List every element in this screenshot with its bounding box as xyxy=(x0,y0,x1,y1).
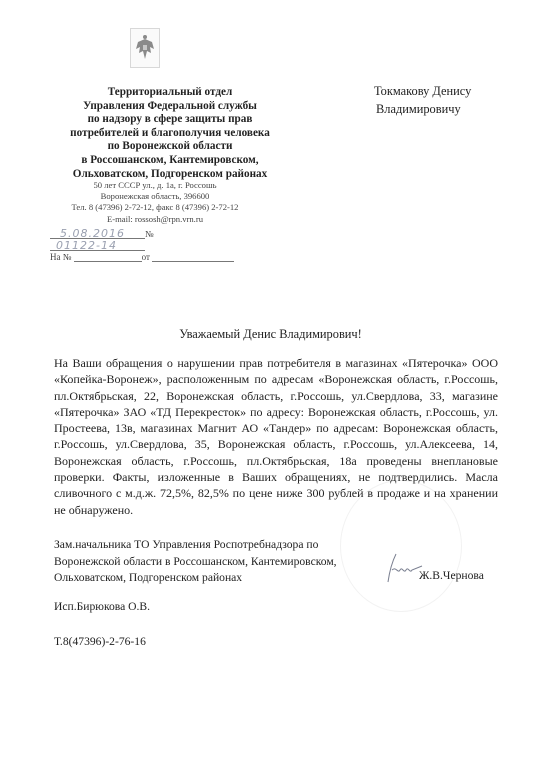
recipient-line: Токмакову Денису xyxy=(374,82,534,100)
position-line: Воронежской области в Россошанском, Кант… xyxy=(54,554,374,571)
address-line: E-mail: rossosh@rpn.vrn.ru xyxy=(30,214,280,225)
address-line: Воронежская область, 396600 xyxy=(30,191,280,202)
recipient: Токмакову Денису Владимировичу xyxy=(374,82,534,118)
org-line: по надзору в сфере защиты прав xyxy=(60,113,280,127)
org-line: Управления Федеральной службы xyxy=(60,100,280,114)
letter-body: На Ваши обращения о нарушении прав потре… xyxy=(54,355,498,518)
position-line: Ольховатском, Подгоренском районах xyxy=(54,570,374,587)
org-line: в Россошанском, Кантемировском, xyxy=(60,154,280,168)
ref-number-field xyxy=(74,250,142,262)
ref-date-field xyxy=(152,250,234,262)
handwritten-signature-icon xyxy=(380,548,430,588)
signatory-name: Ж.В.Чернова xyxy=(419,569,484,582)
signatory-position: Зам.начальника ТО Управления Роспотребна… xyxy=(54,537,374,587)
org-line: по Воронежской области xyxy=(60,140,280,154)
organization-address: 50 лет СССР ул., д. 1а, г. Россошь Ворон… xyxy=(30,180,280,225)
position-line: Зам.начальника ТО Управления Роспотребна… xyxy=(54,537,374,554)
date-field: 5.08.2016 xyxy=(50,227,145,239)
org-line: Территориальный отдел xyxy=(60,86,280,100)
from-label: от xyxy=(142,252,150,262)
greeting: Уважаемый Денис Владимирович! xyxy=(0,327,541,342)
address-line: Тел. 8 (47396) 2-72-12, факс 8 (47396) 2… xyxy=(30,202,280,213)
executor: Исп.Бирюкова О.В. xyxy=(54,600,150,613)
outgoing-registration-line: 5.08.2016 № 01122-14 xyxy=(50,227,250,241)
address-line: 50 лет СССР ул., д. 1а, г. Россошь xyxy=(30,180,280,191)
executor-phone: Т.8(47396)-2-76-16 xyxy=(54,635,146,648)
recipient-line: Владимировичу xyxy=(374,100,534,118)
number-label: № xyxy=(145,229,154,239)
organization-name: Территориальный отдел Управления Федерал… xyxy=(60,86,280,181)
coat-of-arms-icon xyxy=(130,28,160,68)
ref-label: На № xyxy=(50,252,71,262)
org-line: потребителей и благополучия человека xyxy=(60,127,280,141)
incoming-reference-line: На № от xyxy=(50,250,250,264)
